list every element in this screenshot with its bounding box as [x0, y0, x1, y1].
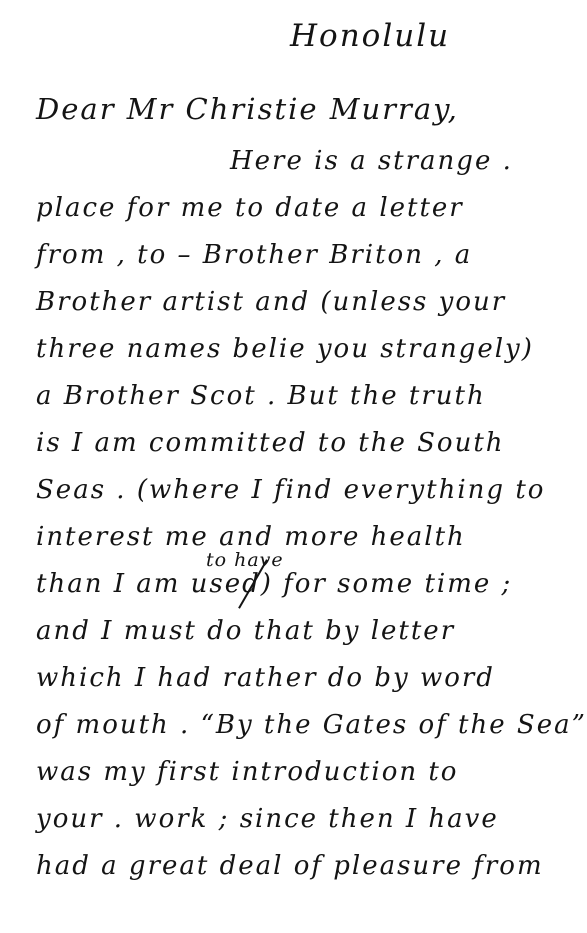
letter-line: your . work ; since then I have: [36, 804, 577, 851]
salutation: Dear Mr Christie Murray,: [36, 92, 459, 126]
letter-line: Seas . (where I find everything to: [36, 475, 577, 522]
letter-heading-location: Honolulu: [290, 18, 450, 54]
letter-line: three names belie you strangely): [36, 334, 577, 381]
interlinear-insertion: to have: [206, 549, 284, 571]
letter-line: Brother artist and (unless your: [36, 287, 577, 334]
letter-body: Here is a strange . place for me to date…: [36, 146, 577, 898]
letter-line: of mouth . “By the Gates of the Sea”: [36, 710, 577, 757]
letter-line: place for me to date a letter: [36, 193, 577, 240]
letter-line: is I am committed to the South: [36, 428, 577, 475]
letter-page: Honolulu Dear Mr Christie Murray, Here i…: [0, 0, 587, 933]
letter-line: from , to – Brother Briton , a: [36, 240, 577, 287]
letter-line: had a great deal of pleasure from: [36, 851, 577, 898]
letter-line: Here is a strange .: [36, 146, 577, 193]
letter-line: which I had rather do by word: [36, 663, 577, 710]
letter-line: a Brother Scot . But the truth: [36, 381, 577, 428]
letter-line: and I must do that by letter: [36, 616, 577, 663]
letter-line: interest me and more health: [36, 522, 577, 569]
letter-line: was my first introduction to: [36, 757, 577, 804]
letter-line: than I am used) for some time ;: [36, 569, 577, 616]
